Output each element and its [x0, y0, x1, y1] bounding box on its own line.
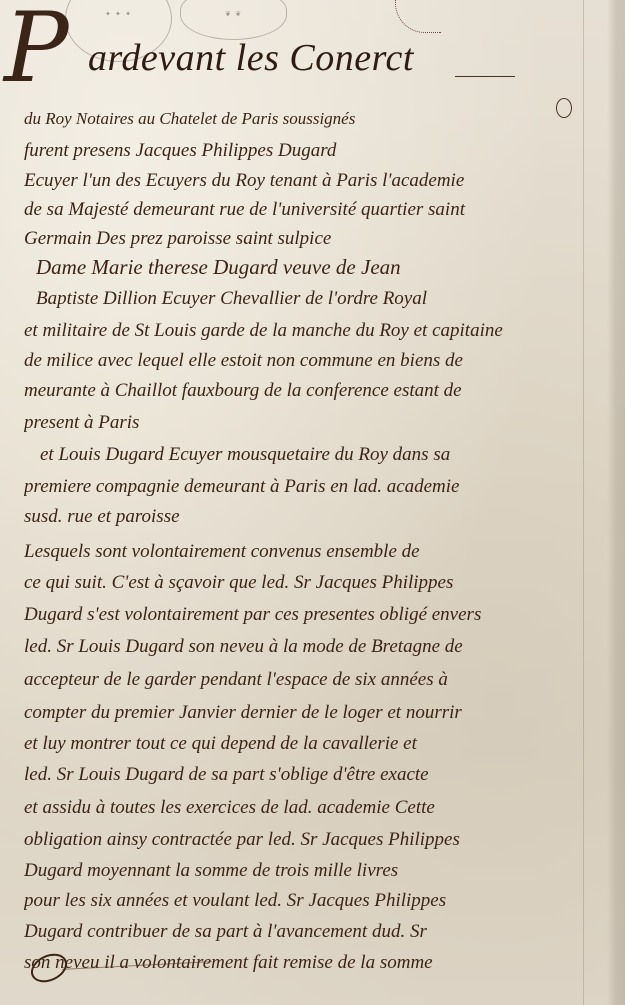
text-line: et assidu à toutes les exercices de lad.…: [24, 795, 594, 821]
line-text: et Louis Dugard Ecuyer mousquetaire du R…: [40, 444, 450, 465]
text-line: susd. rue et paroisse: [24, 504, 594, 530]
line-text: present à Paris: [24, 412, 139, 433]
line-text: accepteur de le garder pendant l'espace …: [24, 669, 448, 690]
text-line: meurante à Chaillot fauxbourg de la conf…: [24, 378, 594, 404]
document-page: ✦ ✦ ✦ ❦ ❦ P ardevant les Conerct du Roy …: [0, 0, 625, 1005]
line-text: furent presens Jacques Philippes Dugard: [24, 140, 336, 161]
line-text: obligation ainsy contractée par led. Sr …: [24, 829, 460, 850]
line-text: meurante à Chaillot fauxbourg de la conf…: [24, 380, 462, 401]
official-stamp-seal-right: ❦ ❦: [180, 0, 287, 40]
line-text: Dame Marie therese Dugard veuve de Jean: [36, 255, 401, 279]
line-text: led. Sr Louis Dugard son neveu à la mode…: [24, 636, 463, 657]
text-line: Dugard s'est volontairement par ces pres…: [24, 602, 594, 628]
text-line: de sa Majesté demeurant rue de l'univers…: [24, 197, 594, 223]
flourish-decoration: [395, 0, 441, 33]
line-text: son neveu il a volontairement fait remis…: [24, 952, 433, 973]
text-line: Dugard contribuer de sa part à l'avancem…: [24, 919, 594, 945]
text-line: accepteur de le garder pendant l'espace …: [24, 667, 594, 693]
text-line: de milice avec lequel elle estoit non co…: [24, 348, 594, 374]
line-text: pour les six années et voulant led. Sr J…: [24, 890, 446, 911]
line-text: Lesquels sont volontairement convenus en…: [24, 541, 420, 562]
line-text: et militaire de St Louis garde de la man…: [24, 320, 503, 341]
text-line: furent presens Jacques Philippes Dugard: [24, 138, 594, 164]
text-line: led. Sr Louis Dugard de sa part s'oblige…: [24, 762, 594, 788]
text-line: led. Sr Louis Dugard son neveu à la mode…: [24, 634, 594, 660]
text-line: Germain Des prez paroisse saint sulpice: [24, 226, 594, 252]
text-line: Dugard moyennant la somme de trois mille…: [24, 858, 594, 884]
line-text: compter du premier Janvier dernier de le…: [24, 702, 462, 723]
text-line: du Roy Notaires au Chatelet de Paris sou…: [24, 106, 594, 132]
document-heading: ardevant les Conerct: [88, 38, 414, 78]
text-line: pour les six années et voulant led. Sr J…: [24, 888, 594, 914]
line-text: led. Sr Louis Dugard de sa part s'oblige…: [24, 764, 429, 785]
text-line: Dame Marie therese Dugard veuve de Jean: [36, 254, 606, 280]
text-line: premiere compagnie demeurant à Paris en …: [24, 474, 594, 500]
line-text: et assidu à toutes les exercices de lad.…: [24, 797, 435, 818]
text-line: ce qui suit. C'est à sçavoir que led. Sr…: [24, 570, 594, 596]
line-text: Dugard contribuer de sa part à l'avancem…: [24, 921, 427, 942]
line-text: de sa Majesté demeurant rue de l'univers…: [24, 199, 465, 220]
line-text: Dugard s'est volontairement par ces pres…: [24, 604, 481, 625]
text-line: Lesquels sont volontairement convenus en…: [24, 539, 594, 565]
line-text: Ecuyer l'un des Ecuyers du Roy tenant à …: [24, 170, 464, 191]
decorated-initial: P: [4, 0, 69, 96]
line-text: Baptiste Dillion Ecuyer Chevallier de l'…: [36, 288, 427, 309]
text-line: et luy montrer tout ce qui depend de la …: [24, 731, 594, 757]
line-text: Dugard moyennant la somme de trois mille…: [24, 860, 398, 881]
line-text: et luy montrer tout ce qui depend de la …: [24, 733, 417, 754]
text-line: et Louis Dugard Ecuyer mousquetaire du R…: [40, 442, 610, 468]
stamp-text: ❦ ❦: [181, 10, 286, 18]
text-line: son neveu il a volontairement fait remis…: [24, 950, 594, 976]
text-line: present à Paris: [24, 410, 594, 436]
stamp-text: ✦ ✦ ✦: [66, 10, 171, 18]
text-line: et militaire de St Louis garde de la man…: [24, 318, 594, 344]
line-text: ce qui suit. C'est à sçavoir que led. Sr…: [24, 572, 453, 593]
line-text: de milice avec lequel elle estoit non co…: [24, 350, 463, 371]
text-line: Ecuyer l'un des Ecuyers du Roy tenant à …: [24, 168, 594, 194]
heading-rule: [455, 76, 515, 77]
line-text: Germain Des prez paroisse saint sulpice: [24, 228, 331, 249]
text-line: compter du premier Janvier dernier de le…: [24, 700, 594, 726]
line-text: premiere compagnie demeurant à Paris en …: [24, 476, 460, 497]
line-text: du Roy Notaires au Chatelet de Paris sou…: [24, 109, 355, 128]
line-text: susd. rue et paroisse: [24, 506, 180, 527]
page-edge-shadow: [607, 0, 625, 1005]
text-line: obligation ainsy contractée par led. Sr …: [24, 827, 594, 853]
text-line: Baptiste Dillion Ecuyer Chevallier de l'…: [36, 286, 606, 312]
